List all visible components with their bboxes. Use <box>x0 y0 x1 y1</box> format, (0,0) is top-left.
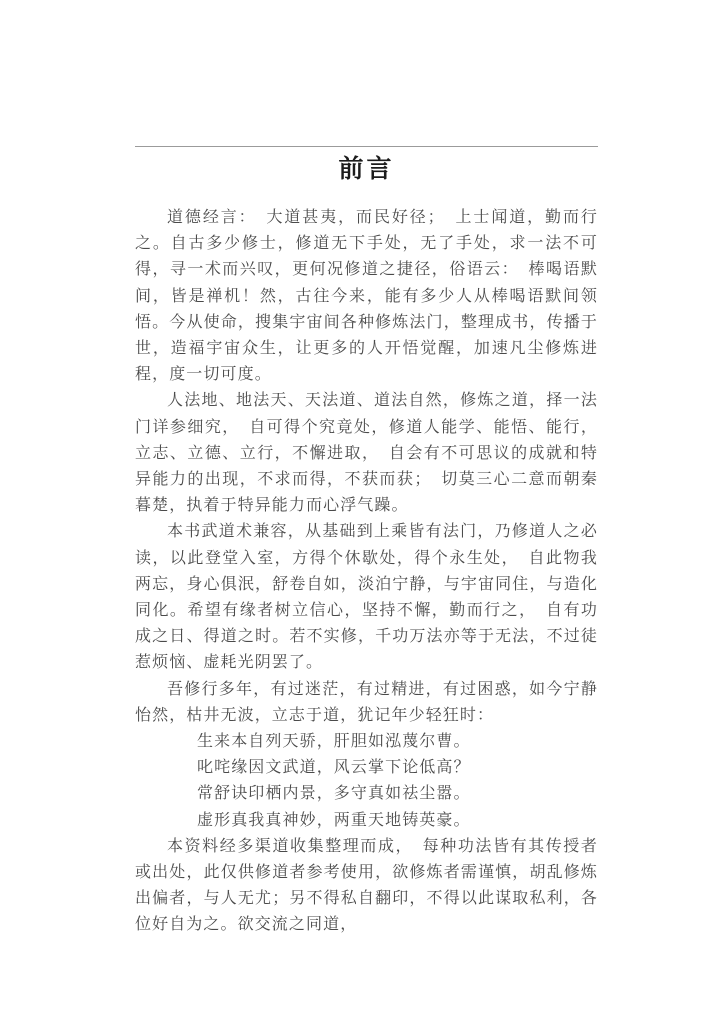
title-divider <box>135 146 598 147</box>
paragraph-1: 道德经言： 大道甚夷，而民好径； 上士闻道，勤而行之。自古多少修士，修道无下手处… <box>135 205 598 388</box>
poem-block: 生来本自列天骄，肝胆如泓蔑尔曹。 叱咤缘因文武道，风云掌下论低高？ 常舒诀印栖内… <box>197 729 598 834</box>
poem-line-2: 叱咤缘因文武道，风云掌下论低高？ <box>197 755 598 781</box>
poem-line-4: 虚形真我真神妙，两重天地铸英豪。 <box>197 808 598 834</box>
body-text: 道德经言： 大道甚夷，而民好径； 上士闻道，勤而行之。自古多少修士，修道无下手处… <box>135 205 598 939</box>
poem-line-1: 生来本自列天骄，肝胆如泓蔑尔曹。 <box>197 729 598 755</box>
paragraph-2: 人法地、地法天、天法道、道法自然，修炼之道，择一法门详参细究， 自可得个究竟处，… <box>135 388 598 519</box>
poem-line-3: 常舒诀印栖内景，多守真如祛尘嚣。 <box>197 781 598 807</box>
page-title: 前言 <box>135 149 598 185</box>
page-content: 前言 道德经言： 大道甚夷，而民好径； 上士闻道，勤而行之。自古多少修士，修道无… <box>135 146 598 939</box>
document-page: 前言 道德经言： 大道甚夷，而民好径； 上士闻道，勤而行之。自古多少修士，修道无… <box>0 0 724 1024</box>
closing-paragraph: 本资料经多渠道收集整理而成， 每种功法皆有其传授者或出处，此仅供修道者参考使用，… <box>135 834 598 939</box>
paragraph-4: 吾修行多年，有过迷茫，有过精进，有过困惑，如今宁静怡然，枯井无波，立志于道，犹记… <box>135 677 598 729</box>
paragraph-3: 本书武道术兼容，从基础到上乘皆有法门，乃修道人之必读，以此登堂入室，方得个休歇处… <box>135 519 598 676</box>
